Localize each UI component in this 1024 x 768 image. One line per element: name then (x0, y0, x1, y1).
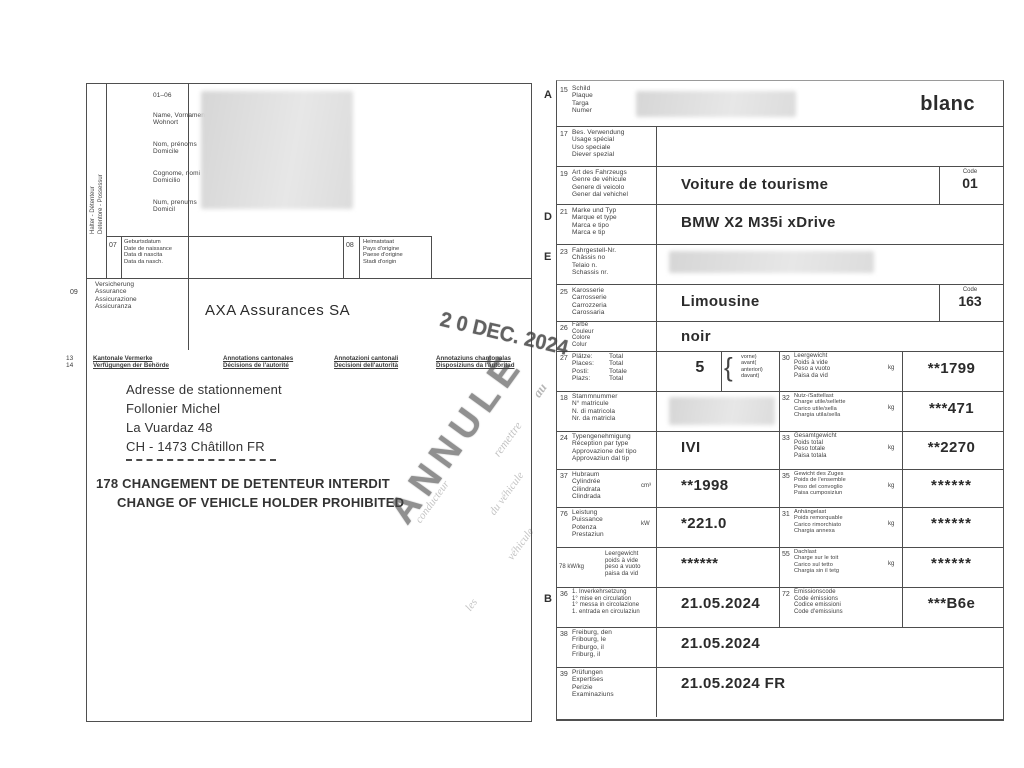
vehicle-type-label: Art des Fahrzeugs Genre de véhicule Gene… (572, 169, 628, 198)
field-number-25: 25 (560, 289, 568, 297)
redacted-plate-number (636, 91, 796, 117)
vehicle-type-value: Voiture de tourisme (681, 176, 828, 193)
field-number-37: 37 (560, 473, 568, 481)
kg-unit: kg (888, 521, 894, 527)
line (557, 431, 1003, 432)
line (557, 547, 1003, 548)
empty-weight-label: Leergewicht Poids à vide Peso a vuoto Pa… (794, 353, 830, 380)
power-value: *221.0 (681, 515, 727, 532)
restriction-line-2: CHANGE OF VEHICLE HOLDER PROHIBITED (117, 495, 404, 510)
redacted-chassis-number (669, 251, 874, 273)
redacted-stock-number (669, 397, 775, 425)
empty-weight-value: **1799 (902, 360, 1001, 377)
inspections-label: Prüfungen Expertises Perizie Examinaziun… (572, 669, 614, 698)
line (557, 587, 1003, 588)
towing-weight-value: ****** (902, 515, 1001, 532)
holder-label-it: Cognome, nomi Domicilio (153, 170, 200, 185)
line (557, 627, 1003, 628)
first-registration-value: 21.05.2024 (681, 595, 760, 612)
colour-label: Farbe Couleur Colore Colur (572, 322, 594, 349)
displacement-label: Hubraum Cylindrée Cilindrata Clindrada (572, 471, 601, 500)
line (557, 244, 1003, 245)
displacement-value: **1998 (681, 477, 728, 494)
holder-label-de: Name, Vornamen Wohnort (153, 112, 205, 127)
train-weight-label: Gewicht des Zuges Poids de l'ensemble Pe… (794, 471, 846, 496)
section-letter-d: D (544, 211, 552, 223)
field-number-07: 07 (109, 242, 117, 250)
inspections-value: 21.05.2024 FR (681, 675, 785, 692)
field-number-23: 23 (560, 249, 568, 257)
power-label: Leistung Puissance Potenza Prestaziun (572, 509, 604, 538)
seats-front-note: vorne) avant( anteriori) davant) (741, 354, 763, 379)
dashed-separator (126, 459, 276, 461)
birthdate-label: Geburtsdatum Date de naissance Data di n… (124, 239, 172, 266)
redacted-holder-name (201, 91, 353, 209)
line (779, 351, 780, 627)
power-weight-value: ****** (681, 555, 718, 572)
annotations-header-de: Kantonale Vermerke Verfügungen der Behör… (93, 355, 169, 370)
line (188, 278, 189, 350)
field-number-78: 78 kW/kg (559, 564, 584, 571)
body-code: Code 163 (939, 287, 1001, 309)
section-letter-e: E (544, 251, 551, 263)
field-numbers-13-14: 13 14 (66, 355, 73, 370)
divider (106, 84, 107, 236)
right-page: A D E B 15 Schild Plaque Targa Numer bla… (556, 80, 1004, 721)
field-number-21: 21 (560, 209, 568, 217)
address-line-1: Adresse de stationnement (126, 382, 282, 397)
line (557, 284, 1003, 285)
type-approval-label: Typengenehmigung Réception par type Appr… (572, 433, 637, 462)
line (557, 507, 1003, 508)
plate-label: Schild Plaque Targa Numer (572, 85, 593, 114)
kg-unit: kg (888, 405, 894, 411)
address-line-2: Follonier Michel (126, 401, 220, 416)
line (557, 667, 1003, 668)
field-number-36: 36 (560, 591, 568, 599)
issue-date-value: 21.05.2024 (681, 635, 760, 652)
towing-weight-label: Anhängelast Poids remorquable Carico rim… (794, 509, 843, 534)
holder-side-label-1: Halter - Détenteur (90, 186, 96, 234)
make-type-label: Marke und Typ Marque et type Marca e tip… (572, 207, 617, 236)
annotations-header-it: Annotazioni cantonali Decisioni dell'aut… (334, 355, 398, 370)
address-line-4: CH - 1473 Châtillon FR (126, 439, 265, 454)
roof-load-value: ****** (902, 555, 1001, 572)
seats-label: Plätze: Places: Posti: Plazs: (572, 353, 594, 382)
field-number-39: 39 (560, 671, 568, 679)
total-weight-value: **2270 (902, 439, 1001, 456)
payload-label: Nutz-/Sattellast Charge utile/sellette C… (794, 393, 846, 418)
power-weight-label: Leergewicht poids à vide peso a vuoto pa… (605, 551, 641, 578)
body-label: Karosserie Carrosserie Carrozzeria Caros… (572, 287, 607, 316)
field-number-30: 30 (782, 355, 790, 363)
line (106, 236, 431, 237)
kg-unit: kg (888, 445, 894, 451)
roof-load-label: Dachlast Charge sur le toit Carico sul t… (794, 549, 839, 574)
line (557, 351, 1003, 352)
body-value: Limousine (681, 293, 760, 310)
line (557, 166, 1003, 167)
first-registration-label: 1. Inverkehrsetzung 1° mise en circulati… (572, 589, 640, 616)
field-number-35: 35 (782, 473, 790, 481)
origin-country-label: Heimatstaat Pays d'origine Paese d'origi… (363, 239, 403, 266)
make-type-value: BMW X2 M35i xDrive (681, 214, 836, 231)
annotations-header-fr: Annotations cantonales Décisions de l'au… (223, 355, 293, 370)
field-number-76: 76 (560, 511, 568, 519)
train-weight-value: ****** (902, 477, 1001, 494)
vehicle-type-code: Code 01 (939, 169, 1001, 191)
seats-total-label: Total Total Totale Total (609, 353, 627, 382)
section-letter-a: A (544, 89, 552, 101)
seats-value: 5 (687, 359, 713, 377)
kg-unit: kg (888, 365, 894, 371)
code-value: 01 (939, 175, 1001, 191)
field-number-32: 32 (782, 395, 790, 403)
field-number-33: 33 (782, 435, 790, 443)
scanned-document-canvas: Halter - Détenteur Detentore - Possessur… (0, 0, 1024, 768)
holder-side-label-2: Detentore - Possessur (98, 174, 104, 234)
kg-unit: kg (888, 561, 894, 567)
type-approval-value: IVI (681, 439, 701, 456)
line (721, 351, 722, 391)
insurance-label: Versicherung Assurance Assicurazione Ass… (95, 281, 137, 310)
special-use-label: Bes. Verwendung Usage spécial Uso specia… (572, 129, 624, 158)
colour-value: noir (681, 328, 711, 345)
line (557, 204, 1003, 205)
stock-number-label: Stammnummer N° matricule N. di matricola… (572, 393, 618, 422)
holder-label-fr: Nom, prénoms Domicile (153, 141, 197, 156)
insurance-value: AXA Assurances SA (205, 302, 350, 319)
line (87, 278, 531, 279)
total-weight-label: Gesamtgewicht Poids total Peso totale Pa… (794, 433, 837, 460)
field-number-17: 17 (560, 131, 568, 139)
restriction-line-1: 178 CHANGEMENT DE DETENTEUR INTERDIT (96, 476, 390, 491)
line (343, 236, 344, 278)
line (121, 236, 122, 278)
payload-value: ***471 (902, 400, 1001, 417)
line (656, 126, 657, 717)
line (557, 321, 1003, 322)
line (106, 236, 107, 278)
kg-unit: kg (888, 483, 894, 489)
field-number-09: 09 (70, 289, 78, 297)
field-number-19: 19 (560, 171, 568, 179)
field-number-55: 55 (782, 551, 790, 559)
line (557, 126, 1003, 127)
displacement-unit: cm³ (641, 483, 651, 489)
ghost-text: au (530, 380, 551, 401)
line (557, 469, 1003, 470)
seats-brace: { (724, 352, 733, 383)
emission-code-label: Emissionscode Code émissions Codice emis… (794, 589, 843, 616)
line (557, 391, 1003, 392)
plate-color-note: blanc (897, 93, 975, 116)
field-number-26: 26 (560, 325, 568, 333)
chassis-label: Fahrgestell-Nr. Châssis no Telaio n. Sch… (572, 247, 616, 276)
line (188, 236, 189, 278)
issue-place-label: Freiburg, den Fribourg, le Friburgo, il … (572, 629, 612, 658)
field-number-31: 31 (782, 511, 790, 519)
field-number-15: 15 (560, 87, 568, 95)
power-unit: kW (641, 521, 650, 527)
holder-label-rm: Num, prenums Domicil (153, 199, 197, 214)
field-number-08: 08 (346, 242, 354, 250)
field-number-72: 72 (782, 591, 790, 599)
field-number-24: 24 (560, 435, 568, 443)
emission-code-value: ***B6e (902, 595, 1001, 612)
field-number-38: 38 (560, 631, 568, 639)
line (431, 236, 432, 278)
address-line-3: La Vuardaz 48 (126, 420, 213, 435)
code-value: 163 (939, 293, 1001, 309)
line (359, 236, 360, 278)
field-range-label: 01–06 (153, 92, 172, 99)
field-number-18: 18 (560, 395, 568, 403)
section-letter-b: B (544, 593, 552, 605)
